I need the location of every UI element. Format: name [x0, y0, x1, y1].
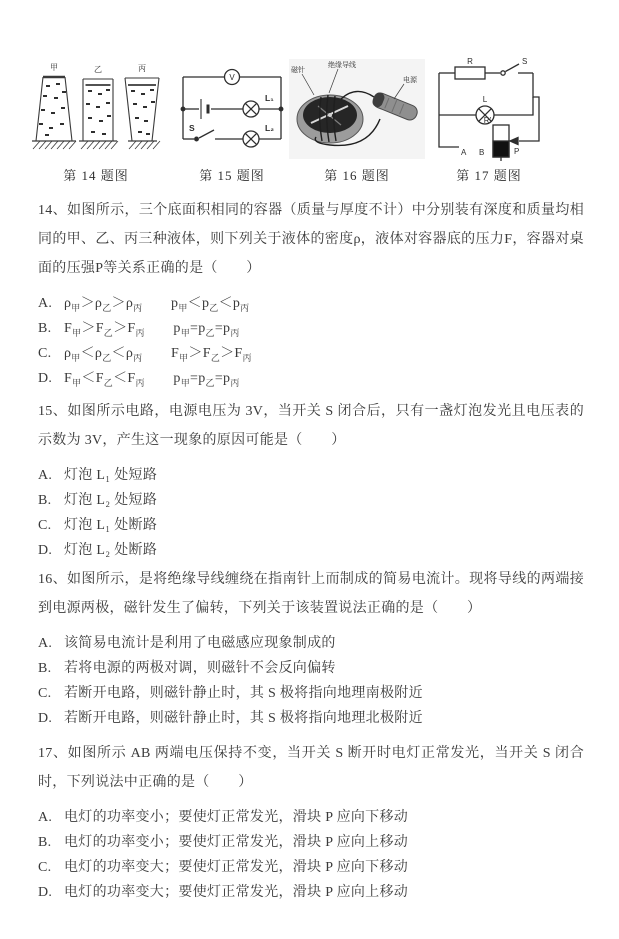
option-row: B.F甲＞F乙＞F丙 p甲=p乙=p丙	[38, 316, 584, 341]
option-row: D.若断开电路，则磁针静止时，其 S 极将指向地理北极附近	[38, 706, 584, 731]
label-yi: 乙	[94, 65, 102, 74]
option-label: B.	[38, 488, 64, 513]
figure-caption-14: 第 14 题图	[28, 165, 164, 184]
option-row: B.灯泡 L₂ 处短路	[38, 488, 584, 513]
option-text: 电灯的功率变小；要使灯正常发光，滑块 P 应向下移动	[64, 805, 408, 830]
questions-area: 14、如图所示，三个底面积相同的容器（质量与厚度不计）中分别装有深度和质量均相同…	[38, 196, 584, 905]
needle-label: 磁针	[291, 65, 305, 74]
resistor-icon	[455, 67, 485, 79]
option-label: A.	[38, 291, 64, 316]
option-row: C.灯泡 L₁ 处断路	[38, 513, 584, 538]
option-row: B.若将电源的两极对调，则磁针不会反向偏转	[38, 656, 584, 681]
circuit-15-diagram: V L₁ L₂ S	[170, 56, 294, 162]
slider-arrow-icon	[510, 138, 518, 145]
option-label: A.	[38, 463, 64, 488]
containers-diagram: 甲 乙 丙	[28, 56, 164, 162]
question-15-stem: 15、如图所示电路，电源电压为 3V，当开关 S 闭合后，只有一盏灯泡发光且电压…	[38, 397, 584, 455]
lamp-l2-icon	[243, 131, 259, 147]
option-text: 电灯的功率变大；要使灯正常发光，滑块 P 应向上移动	[64, 880, 408, 905]
option-label: C.	[38, 513, 64, 538]
question-16-options: A.该简易电流计是利用了电磁感应现象制成的 B.若将电源的两极对调，则磁针不会反…	[38, 631, 584, 731]
lamp-label: L	[483, 95, 488, 104]
option-label: B.	[38, 316, 64, 341]
option-label: C.	[38, 681, 64, 706]
option-label: A.	[38, 805, 64, 830]
compass-photo: 磁针 绝缘导线 电源	[288, 56, 426, 162]
option-row: B.电灯的功率变小；要使灯正常发光，滑块 P 应向上移动	[38, 830, 584, 855]
option-row: C.ρ甲＜ρ乙＜ρ丙 F甲＞F乙＞F丙	[38, 341, 584, 366]
option-text: ρ甲＜ρ乙＜ρ丙 F甲＞F乙＞F丙	[64, 341, 252, 366]
container-yi	[83, 79, 113, 141]
battery-label: 电源	[403, 75, 418, 84]
question-17-options: A.电灯的功率变小；要使灯正常发光，滑块 P 应向下移动 B.电灯的功率变小；要…	[38, 805, 584, 905]
option-text: 若将电源的两极对调，则磁针不会反向偏转	[64, 656, 336, 681]
option-row: C.若断开电路，则磁针静止时，其 S 极将指向地理南极附近	[38, 681, 584, 706]
question-16: 16、如图所示，是将绝缘导线缠绕在指南针上而制成的简易电流计。现将导线的两端接到…	[38, 565, 584, 731]
figure-circuit-17: R S L R′ P A B 第 17 题图	[428, 56, 550, 184]
option-label: C.	[38, 341, 64, 366]
option-row: D.电灯的功率变大；要使灯正常发光，滑块 P 应向上移动	[38, 880, 584, 905]
option-row: C.电灯的功率变大；要使灯正常发光，滑块 P 应向下移动	[38, 855, 584, 880]
option-label: D.	[38, 366, 64, 391]
option-text: 灯泡 L₁ 处断路	[64, 513, 157, 538]
circuit-17-diagram: R S L R′ P A B	[428, 56, 550, 162]
option-text: ρ甲＞ρ乙＞ρ丙 p甲＜p乙＜p丙	[64, 291, 249, 316]
switch-icon	[195, 130, 214, 141]
compass-icon	[297, 95, 363, 143]
option-row: A.灯泡 L₁ 处短路	[38, 463, 584, 488]
question-15: 15、如图所示电路，电源电压为 3V，当开关 S 闭合后，只有一盏灯泡发光且电压…	[38, 397, 584, 563]
resistor-label: R	[467, 57, 473, 66]
switch-icon	[501, 64, 519, 75]
option-text: 电灯的功率变大；要使灯正常发光，滑块 P 应向下移动	[64, 855, 408, 880]
option-text: 灯泡 L₂ 处短路	[64, 488, 157, 513]
exam-page: 甲 乙 丙 第 14 题图	[0, 0, 619, 939]
option-text: 电灯的功率变小；要使灯正常发光，滑块 P 应向上移动	[64, 830, 408, 855]
option-text: 灯泡 L₁ 处短路	[64, 463, 157, 488]
figure-caption-16: 第 16 题图	[288, 165, 426, 184]
question-14: 14、如图所示，三个底面积相同的容器（质量与厚度不计）中分别装有深度和质量均相同…	[38, 196, 584, 391]
option-text: F甲＜F乙＜F丙 p甲=p乙=p丙	[64, 366, 240, 391]
figures-row: 甲 乙 丙 第 14 题图	[0, 0, 619, 190]
voltmeter-label: V	[229, 73, 235, 82]
lamp1-label: L₁	[265, 93, 274, 103]
option-text: 灯泡 L₂ 处断路	[64, 538, 157, 563]
option-row: A.该简易电流计是利用了电磁感应现象制成的	[38, 631, 584, 656]
option-label: D.	[38, 538, 64, 563]
lamp-l1-icon	[243, 101, 259, 117]
option-row: A.ρ甲＞ρ乙＞ρ丙 p甲＜p乙＜p丙	[38, 291, 584, 316]
label-bing: 丙	[138, 64, 146, 73]
option-text: 该简易电流计是利用了电磁感应现象制成的	[64, 631, 336, 656]
option-row: D.灯泡 L₂ 处断路	[38, 538, 584, 563]
terminal-b-label: B	[479, 148, 484, 157]
figure-caption-17: 第 17 题图	[428, 165, 550, 184]
switch-label: S	[522, 57, 527, 66]
rheostat-label: R′	[484, 116, 492, 125]
figure-containers: 甲 乙 丙 第 14 题图	[28, 56, 164, 184]
option-label: A.	[38, 631, 64, 656]
question-16-stem: 16、如图所示，是将绝缘导线缠绕在指南针上而制成的简易电流计。现将导线的两端接到…	[38, 565, 584, 623]
figure-compass: 磁针 绝缘导线 电源 第 16 题图	[288, 56, 426, 184]
option-row: D.F甲＜F乙＜F丙 p甲=p乙=p丙	[38, 366, 584, 391]
question-17-stem: 17、如图所示 AB 两端电压保持不变，当开关 S 断开时电灯正常发光，当开关 …	[38, 739, 584, 797]
question-14-stem: 14、如图所示，三个底面积相同的容器（质量与厚度不计）中分别装有深度和质量均相同…	[38, 196, 584, 283]
liquid-dots	[39, 83, 155, 136]
battery-icon	[201, 99, 208, 119]
question-15-options: A.灯泡 L₁ 处短路 B.灯泡 L₂ 处短路 C.灯泡 L₁ 处断路 D.灯泡…	[38, 463, 584, 563]
slider-label: P	[514, 147, 519, 156]
option-label: B.	[38, 656, 64, 681]
switch-label: S	[189, 123, 195, 133]
question-17: 17、如图所示 AB 两端电压保持不变，当开关 S 断开时电灯正常发光，当开关 …	[38, 739, 584, 905]
option-label: D.	[38, 706, 64, 731]
label-jia: 甲	[50, 63, 58, 72]
lamp2-label: L₂	[265, 123, 274, 133]
option-text: F甲＞F乙＞F丙 p甲=p乙=p丙	[64, 316, 240, 341]
figure-caption-15: 第 15 题图	[170, 165, 294, 184]
option-label: C.	[38, 855, 64, 880]
option-row: A.电灯的功率变小；要使灯正常发光，滑块 P 应向下移动	[38, 805, 584, 830]
question-14-options: A.ρ甲＞ρ乙＞ρ丙 p甲＜p乙＜p丙 B.F甲＞F乙＞F丙 p甲=p乙=p丙 …	[38, 291, 584, 391]
rheostat-icon	[493, 125, 509, 157]
option-label: D.	[38, 880, 64, 905]
terminal-a-label: A	[461, 148, 467, 157]
ground-hatching	[32, 141, 160, 149]
option-text: 若断开电路，则磁针静止时，其 S 极将指向地理南极附近	[64, 681, 423, 706]
wire-label: 绝缘导线	[328, 60, 356, 69]
figure-circuit-15: V L₁ L₂ S 第 15 题图	[170, 56, 294, 184]
option-text: 若断开电路，则磁针静止时，其 S 极将指向地理北极附近	[64, 706, 423, 731]
option-label: B.	[38, 830, 64, 855]
